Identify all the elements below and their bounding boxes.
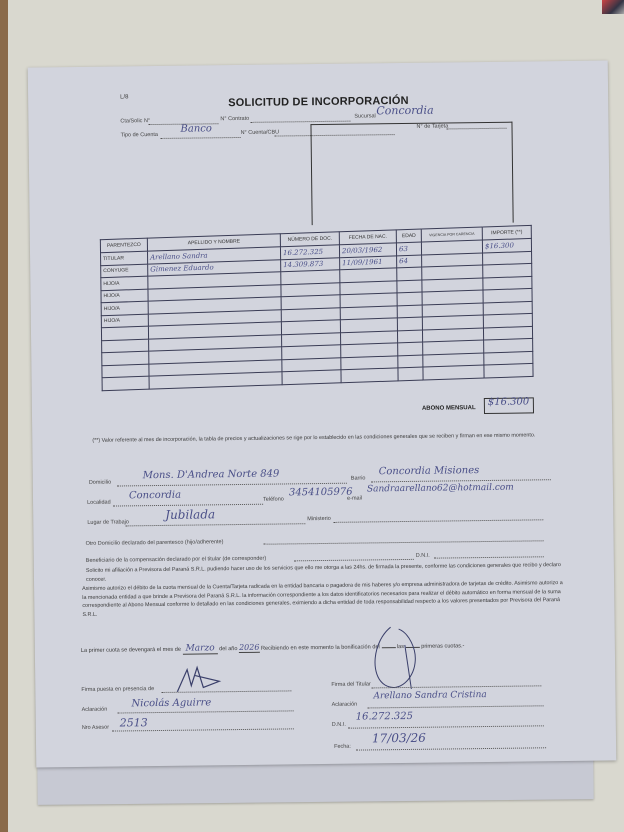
form-code: L/8 — [120, 94, 128, 100]
anio-label: del año — [219, 646, 237, 652]
titular-aclaracion-label: Aclaración — [332, 702, 358, 708]
sucursal-value[interactable]: Concordia — [376, 104, 433, 118]
asesor-aclaracion-label: Aclaración — [82, 707, 108, 713]
asesor-aclaracion-value[interactable]: Nicolás Aguirre — [131, 697, 211, 709]
application-form: L/8 SOLICITUD DE INCORPORACIÓN Cta/Solic… — [28, 60, 617, 767]
cell-parentezco — [102, 376, 149, 390]
sucursal-label: Sucursal — [354, 113, 375, 119]
abono-value[interactable]: $16.300 — [488, 396, 529, 408]
cell-doc[interactable] — [282, 370, 341, 384]
barrio-field[interactable] — [371, 479, 551, 482]
cell-edad[interactable] — [397, 280, 422, 293]
tipo-cuenta-value[interactable]: Banco — [180, 123, 212, 134]
domicilio-field[interactable] — [117, 483, 347, 487]
advisor-signature — [173, 661, 223, 696]
fecha-field[interactable] — [356, 747, 546, 750]
anio-value[interactable]: 2026 — [239, 643, 259, 653]
otro-domicilio-field[interactable] — [264, 540, 544, 544]
firma-titular-label: Firma del Titular — [331, 681, 371, 687]
barrio-label: Barrio — [351, 475, 366, 481]
photo-box — [310, 122, 513, 225]
barrio-value[interactable]: Concordia Misiones — [379, 465, 480, 477]
first-installment-line: La primer cuota se devengará el mes de M… — [81, 639, 571, 655]
cell-edad[interactable] — [397, 292, 422, 305]
desk-object — [602, 0, 624, 14]
beneficiario-field[interactable] — [294, 559, 414, 561]
domicilio-value[interactable]: Mons. D'Andrea Norte 849 — [143, 469, 280, 482]
cell-vigencia[interactable] — [423, 365, 484, 380]
contrato-label: N° Contrato — [220, 116, 249, 122]
trabajo-value[interactable]: Jubilada — [165, 507, 215, 522]
fecha-label: Fecha: — [334, 744, 351, 750]
email-value[interactable]: Sandraarellano62@hotmail.com — [367, 483, 514, 495]
mes-value[interactable]: Marzo — [182, 643, 217, 654]
asesor-aclaracion-field[interactable] — [118, 710, 294, 713]
titular-aclaracion-value[interactable]: Arellano Sandra Cristina — [373, 690, 486, 701]
cuenta-label: Cta/Solic N° — [120, 118, 150, 124]
localidad-label: Localidad — [87, 500, 111, 506]
desk-edge — [0, 0, 8, 832]
titular-aclaracion-field[interactable] — [368, 705, 544, 708]
cell-edad[interactable] — [397, 267, 422, 280]
cell-importe[interactable] — [484, 363, 533, 377]
cell-edad[interactable] — [397, 317, 422, 330]
titular-dni-field[interactable] — [348, 725, 544, 728]
cell-edad[interactable] — [397, 330, 422, 343]
email-label: e-mail — [347, 496, 362, 502]
cell-edad[interactable]: 64 — [397, 255, 422, 268]
localidad-value[interactable]: Concordia — [129, 490, 181, 502]
titular-signature — [365, 623, 426, 694]
beneficiario-dni-field[interactable] — [434, 556, 544, 558]
presencia-label: Firma puesta en presencia de — [81, 686, 154, 693]
first-installment-end: primeras cuotas.- — [421, 643, 464, 650]
cell-edad[interactable] — [398, 342, 423, 355]
titular-dni-label: D.N.I. — [332, 722, 346, 728]
trabajo-label: Lugar de Trabajo — [87, 519, 129, 526]
nro-asesor-label: Nro Asesor — [82, 725, 109, 731]
abono-label: ABONO MENSUAL — [422, 405, 476, 412]
cell-edad[interactable] — [398, 355, 423, 368]
bonificacion-text: Recibiendo en este momento la bonificaci… — [261, 644, 380, 651]
price-note: (**) Valor referente al mes de incorpora… — [92, 431, 562, 445]
cbu-label: N° Cuenta/CBU — [241, 130, 280, 136]
contrato-field[interactable] — [250, 121, 350, 123]
cell-edad[interactable]: 63 — [396, 242, 421, 255]
titular-dni-value[interactable]: 16.272.325 — [356, 711, 413, 723]
tipo-cuenta-label: Tipo de Cuenta — [121, 132, 158, 138]
tipo-cuenta-field[interactable] — [161, 137, 241, 139]
col-edad: EDAD — [396, 229, 421, 243]
domicilio-label: Domicilio — [89, 480, 111, 486]
trabajo-field[interactable] — [125, 523, 305, 526]
members-table: PARENTEZCO APELLIDO Y NOMBRE NÚMERO DE D… — [100, 225, 534, 391]
nro-asesor-value[interactable]: 2513 — [120, 716, 148, 729]
debit-authorization-paragraph: Asimismo autorizo el débito de la cuota … — [82, 579, 568, 619]
telefono-value[interactable]: 3454105976 — [289, 487, 353, 499]
telefono-label: Teléfono — [263, 496, 284, 502]
ministerio-label: Ministerio — [307, 516, 331, 522]
ministerio-field[interactable] — [333, 519, 543, 523]
first-installment-prefix: La primer cuota se devengará el mes de — [81, 647, 181, 654]
cell-edad[interactable] — [398, 367, 423, 380]
cell-edad[interactable] — [397, 305, 422, 318]
beneficiario-label: Beneficiario de la compensación declarad… — [86, 556, 266, 564]
localidad-field[interactable] — [113, 504, 263, 507]
beneficiario-dni-label: D.N.I. — [416, 553, 430, 559]
fecha-value[interactable]: 17/03/26 — [372, 731, 426, 746]
cell-fecha-nac[interactable] — [341, 368, 398, 382]
otro-domicilio-label: Otro Domicilio declarado del parentesco … — [86, 539, 224, 547]
